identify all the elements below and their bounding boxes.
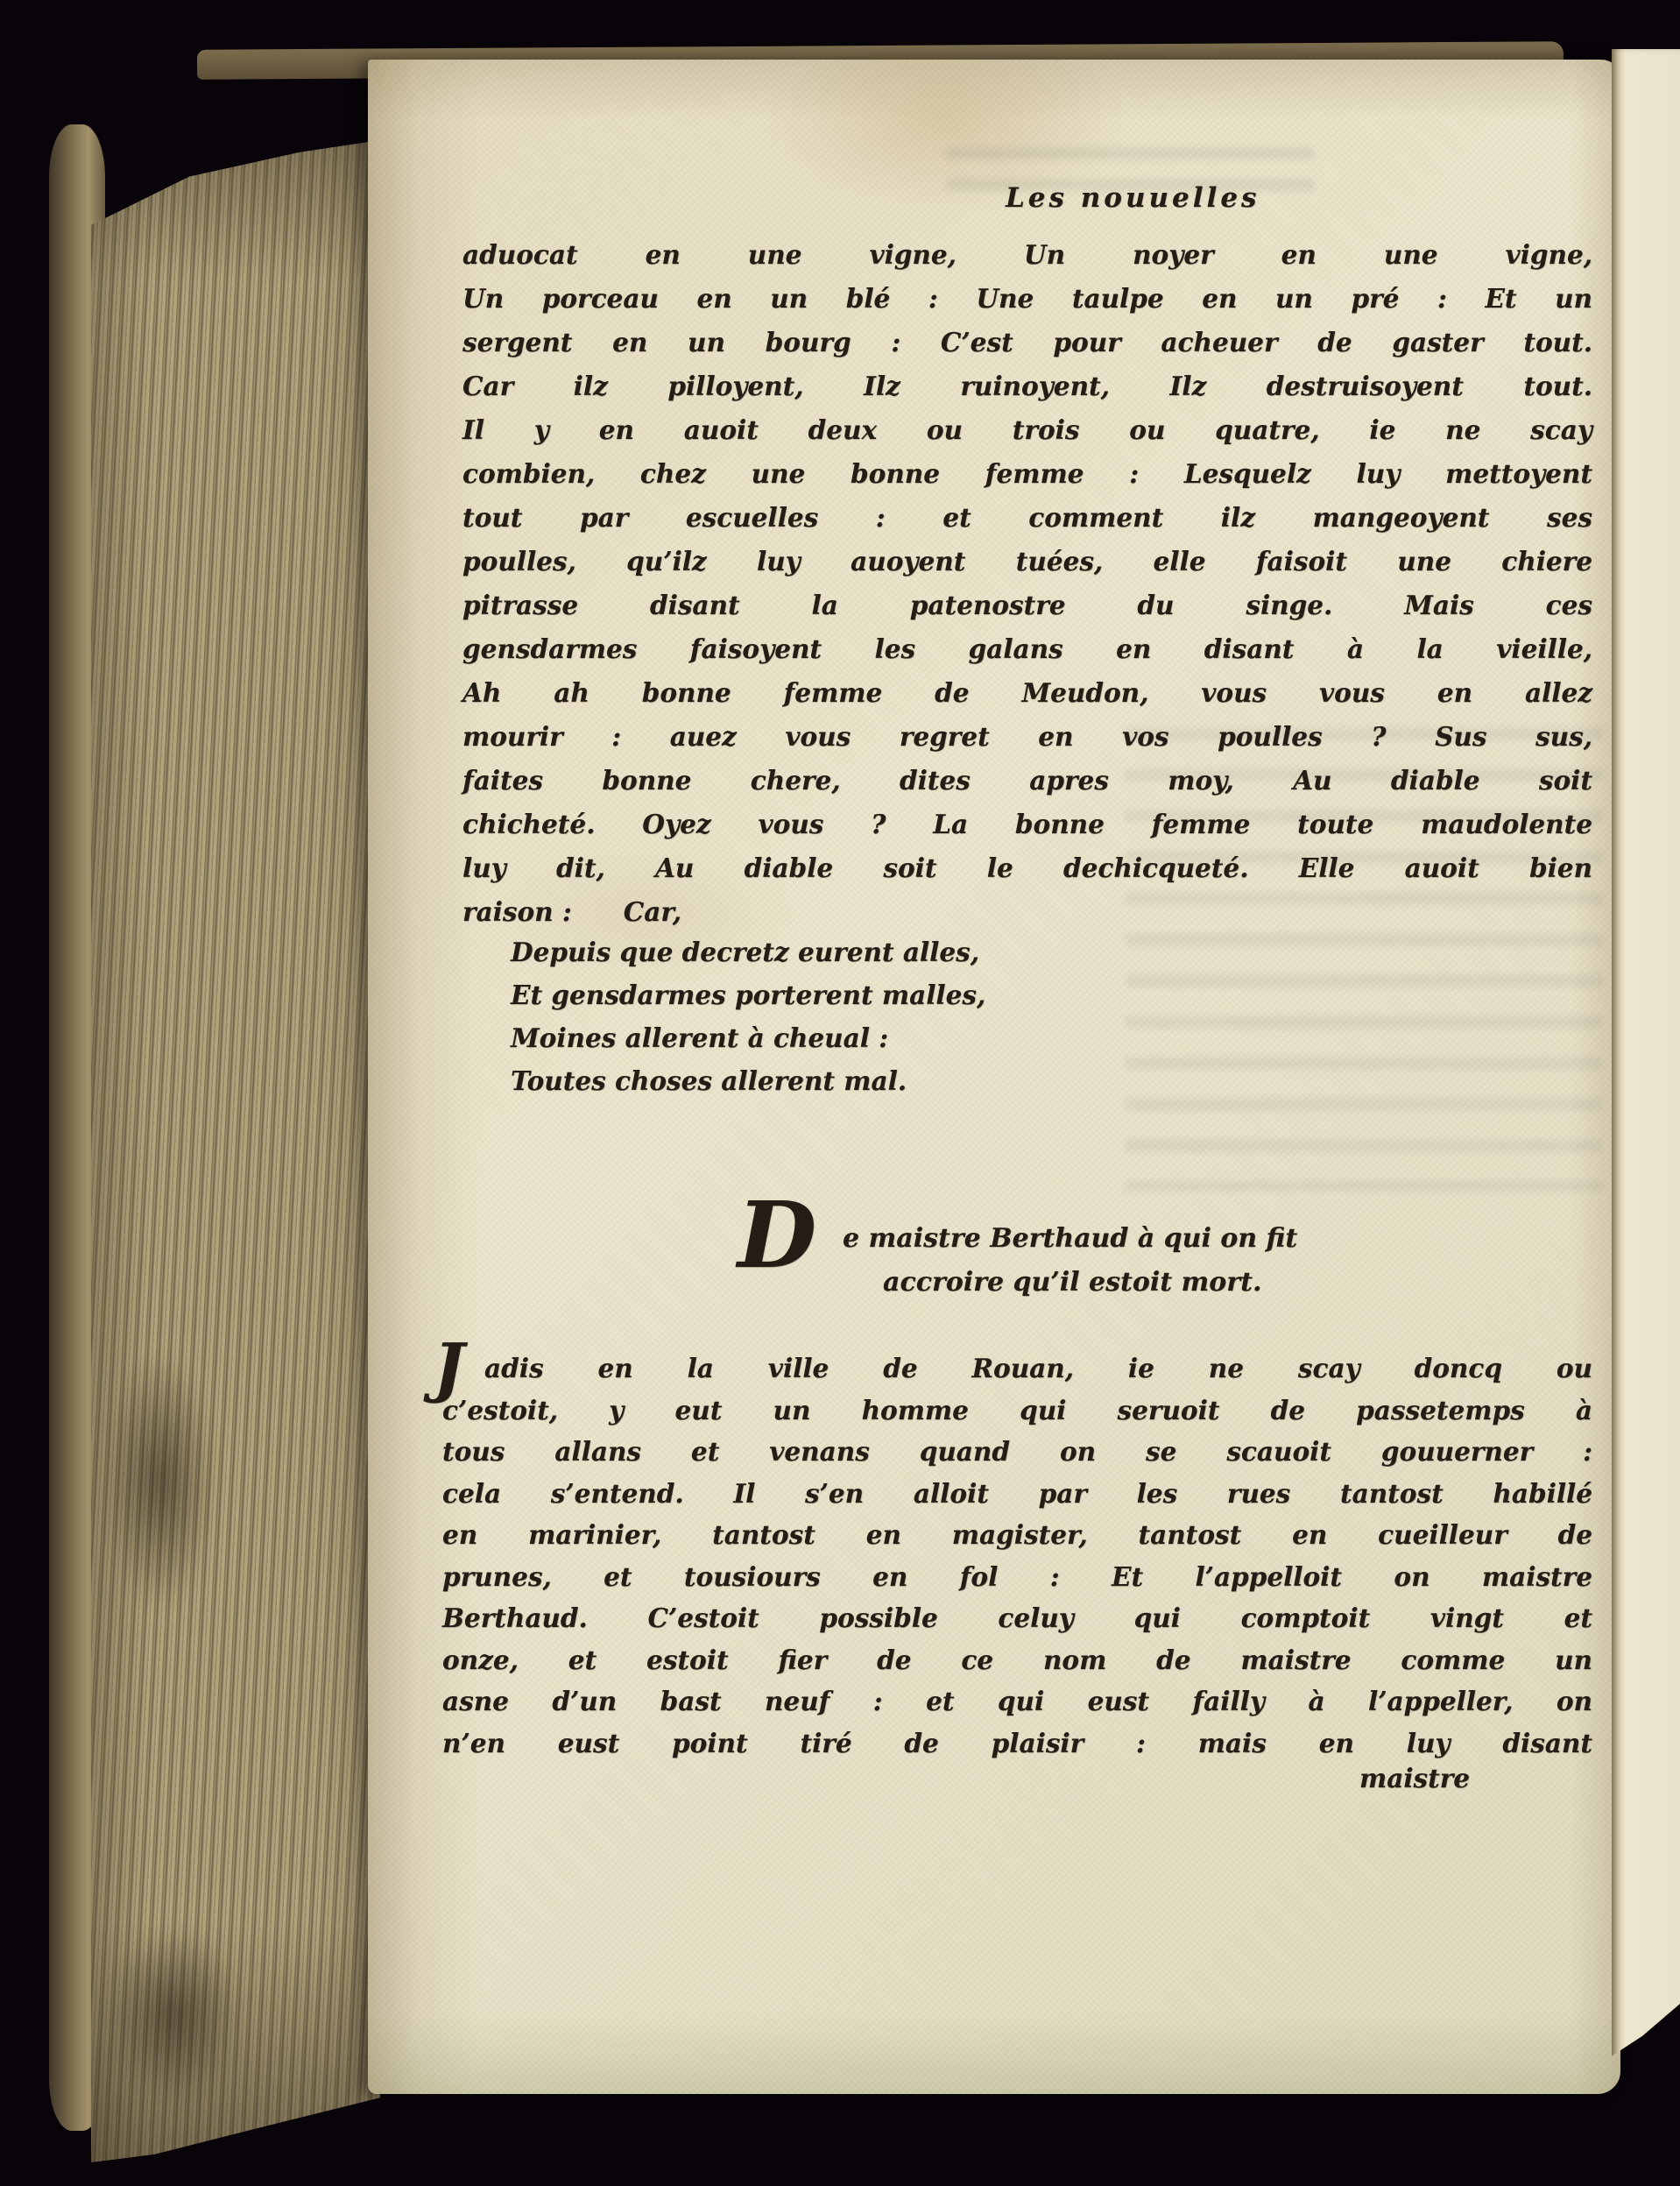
text-line: onze, et estoit fier de ce nom de maistr…	[442, 1639, 1592, 1681]
paragraph-drop-cap: J	[434, 1335, 464, 1400]
text-line: Un porceau en un blé : Une taulpe en un …	[462, 277, 1592, 321]
text-line: tout par escuelles : et comment ilz mang…	[462, 496, 1592, 540]
verse-line: Moines allerent à cheual :	[511, 1016, 985, 1059]
verse-line: Depuis que decretz eurent alles,	[511, 930, 985, 973]
running-header: Les nouuelles	[1006, 182, 1260, 214]
text-line: Car ilz pilloyent, Ilz ruinoyent, Ilz de…	[462, 364, 1592, 408]
text-line: Ah ah bonne femme de Meudon, vous vous e…	[462, 671, 1592, 715]
text-line: c’estoit, y eut un homme qui seruoit de …	[442, 1390, 1592, 1432]
text-line: mourir : auez vous regret en vos poulles…	[462, 715, 1592, 759]
adjacent-page-edge	[1612, 49, 1680, 2064]
text-line: en marinier, tantost en magister, tantos…	[442, 1514, 1592, 1556]
text-line: n’en eust point tiré de plaisir : mais e…	[442, 1723, 1592, 1765]
text-line: faites bonne chere, dites apres moy, Au …	[462, 759, 1592, 803]
paragraph-1: aduocat en une vigne, Un noyer en une vi…	[462, 233, 1592, 934]
text-line: asne d’un bast neuf : et qui eust failly…	[442, 1680, 1592, 1723]
text-line: Berthaud. C’estoit possible celuy qui co…	[442, 1597, 1592, 1639]
chapter-heading-line-1: e maistre Berthaud à qui on fit	[843, 1223, 1297, 1254]
page-stack-smudge	[103, 1349, 217, 1612]
text-line: Il y en auoit deux ou trois ou quatre, i…	[462, 408, 1592, 452]
paragraph-2: Jadis en la ville de Rouan, ie ne scay d…	[442, 1348, 1592, 1764]
text-line: combien, chez une bonne femme : Lesquelz…	[462, 452, 1592, 496]
text-line: cela s’entend. Il s’en alloit par les ru…	[442, 1473, 1592, 1515]
text-line: poulles, qu’ilz luy auoyent tuées, elle …	[462, 540, 1592, 584]
verse-line: Et gensdarmes porterent malles,	[511, 973, 985, 1016]
page-stack-edges	[91, 140, 380, 2162]
verse-line: Toutes choses allerent mal.	[511, 1059, 985, 1102]
text-line: pitrasse disant la patenostre du singe. …	[462, 584, 1592, 627]
catchword: maistre	[1359, 1763, 1470, 1793]
heading-drop-cap: D	[738, 1190, 816, 1281]
text-line: chicheté. Oyez vous ? La bonne femme tou…	[462, 803, 1592, 846]
text-line: prunes, et tousiours en fol : Et l’appel…	[442, 1556, 1592, 1598]
text-line: sergent en un bourg : C’est pour acheuer…	[462, 321, 1592, 364]
page-stack-smudge	[109, 1928, 240, 2103]
text-line: Jadis en la ville de Rouan, ie ne scay d…	[442, 1348, 1592, 1390]
text-line: gensdarmes faisoyent les galans en disan…	[462, 627, 1592, 671]
text-line-rest: adis en la ville de Rouan, ie ne scay do…	[484, 1353, 1592, 1383]
text-line: luy dit, Au diable soit le dechicqueté. …	[462, 846, 1592, 890]
text-line: raison : Car,	[462, 890, 1592, 934]
verse-quatrain: Depuis que decretz eurent alles, Et gens…	[511, 930, 985, 1102]
chapter-heading-line-2: accroire qu’il estoit mort.	[883, 1267, 1261, 1298]
book-scan: Les nouuelles aduocat en une vigne, Un n…	[0, 0, 1680, 2186]
text-line: tous allans et venans quand on se scauoi…	[442, 1431, 1592, 1473]
text-line: aduocat en une vigne, Un noyer en une vi…	[462, 233, 1592, 277]
